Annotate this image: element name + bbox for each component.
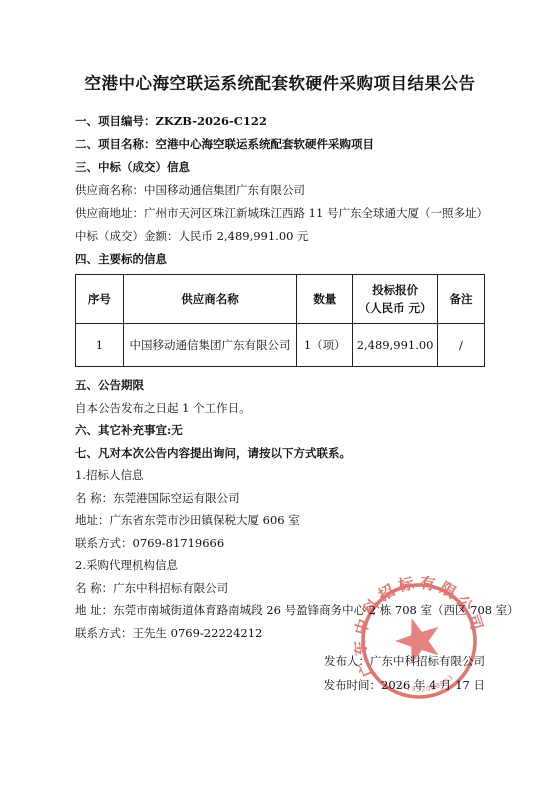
supplier-name-line: 供应商名称：中国移动通信集团广东有限公司 (75, 179, 485, 202)
agency-info-title: 2.采购代理机构信息 (75, 554, 485, 577)
table-row: 1 中国移动通信集团广东有限公司 1（项） 2,489,991.00 / (76, 324, 485, 367)
section-announcement-period-heading: 五、公告期限 (75, 374, 485, 397)
page-title: 空港中心海空联运系统配套软硬件采购项目结果公告 (75, 72, 485, 96)
bid-result-table: 序号 供应商名称 数量 投标报价 （人民币 元） 备注 1 中国移动通信集团广东… (75, 274, 485, 367)
announcement-document: 空港中心海空联运系统配套软硬件采购项目结果公告 一、项目编号：ZKZB-2026… (0, 0, 559, 805)
award-amount-line: 中标（成交）金额：人民币 2,489,991.00 元 (75, 225, 485, 248)
section-award-info-heading: 三、中标（成交）信息 (75, 156, 485, 179)
col-header-remark: 备注 (437, 275, 484, 324)
section-supplementary-heading: 六、其它补充事宜:无 (75, 419, 485, 442)
publisher-line: 发布人：广东中科招标有限公司 (75, 649, 485, 673)
publish-footer: 发布人：广东中科招标有限公司 发布时间：2026 年 4 月 17 日 (75, 649, 485, 697)
col-header-quantity: 数量 (297, 275, 353, 324)
section-project-name: 二、项目名称：空港中心海空联运系统配套软硬件采购项目 (75, 133, 485, 156)
cell-quantity: 1（项） (297, 324, 353, 367)
cell-bid-price: 2,489,991.00 (353, 324, 438, 367)
agency-name-line: 名 称：广东中科招标有限公司 (75, 577, 485, 600)
cell-supplier: 中国移动通信集团广东有限公司 (123, 324, 296, 367)
agency-address-line: 地 址：东莞市南城街道体育路南城段 26 号盈锋商务中心 2 栋 708 室（西… (75, 599, 485, 622)
bidder-info-title: 1.招标人信息 (75, 464, 485, 487)
col-header-supplier: 供应商名称 (123, 275, 296, 324)
col-header-index: 序号 (76, 275, 124, 324)
agency-contact-line: 联系方式：王先生 0769-22224212 (75, 622, 485, 645)
section-project-number: 一、项目编号：ZKZB-2026-C122 (75, 110, 485, 133)
col-header-bid-price: 投标报价 （人民币 元） (353, 275, 438, 324)
cell-remark: / (437, 324, 484, 367)
announcement-period-body: 自本公告发布之日起 1 个工作日。 (75, 397, 485, 420)
supplier-address-line: 供应商地址：广州市天河区珠江新城珠江西路 11 号广东全球通大厦（一照多址） (75, 202, 485, 225)
bidder-contact-line: 联系方式：0769-81719666 (75, 532, 485, 555)
table-header-row: 序号 供应商名称 数量 投标报价 （人民币 元） 备注 (76, 275, 485, 324)
section-contact-heading: 七、凡对本次公告内容提出询问，请按以下方式联系。 (75, 442, 485, 465)
cell-index: 1 (76, 324, 124, 367)
bidder-name-line: 名 称：东莞港国际空运有限公司 (75, 487, 485, 510)
section-main-subject-heading: 四、主要标的信息 (75, 248, 485, 271)
bidder-address-line: 地址：广东省东莞市沙田镇保税大厦 606 室 (75, 509, 485, 532)
publish-date-line: 发布时间：2026 年 4 月 17 日 (75, 673, 485, 697)
